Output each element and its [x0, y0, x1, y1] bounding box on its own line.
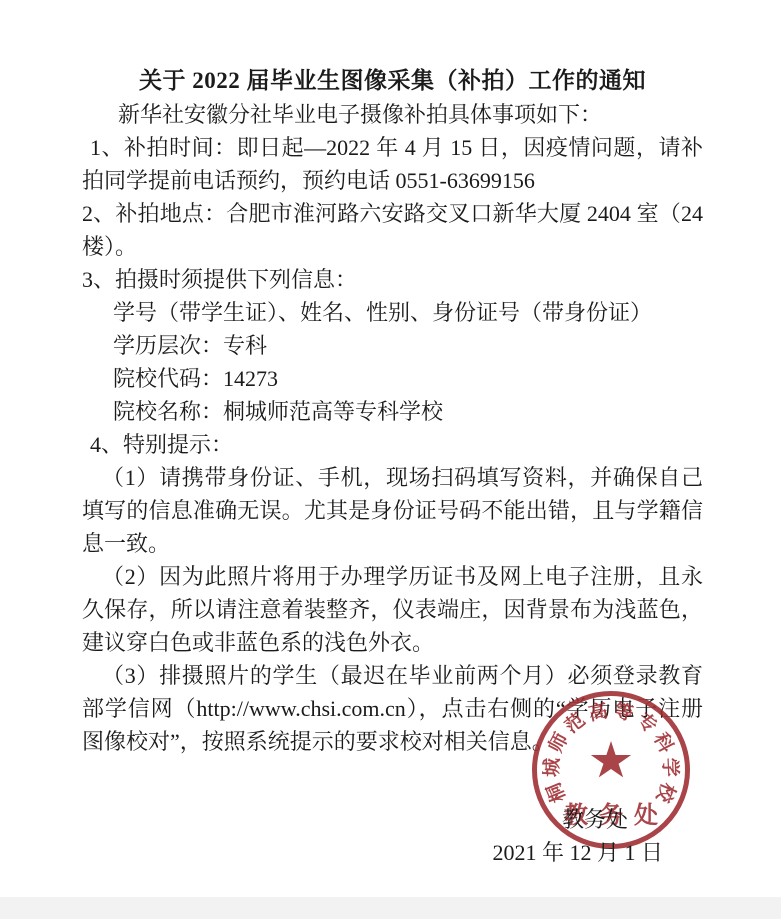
stamp-arc-char: 学: [657, 756, 680, 779]
notice-note-1: （1）请携带身份证、手机，现场扫码填写资料，并确保自己填写的信息准确无误。尤其是…: [82, 461, 703, 560]
page-break-area: [0, 897, 781, 919]
notice-note-2: （2）因为此照片将用于办理学历证书及网上电子注册，且永久保存，所以请注意着装整齐…: [82, 560, 703, 659]
notice-note-3: （3）排摄照片的学生（最迟在毕业前两个月）必须登录教育部学信网（http://w…: [82, 659, 703, 758]
info-line-degree-level: 学历层次：专科: [113, 329, 703, 362]
notice-intro: 新华社安徽分社毕业电子摄像补拍具体事项如下：: [82, 98, 703, 131]
notice-item-4: 4、特别提示：: [82, 428, 703, 461]
info-line-school-name: 院校名称：桐城师范高等专科学校: [113, 395, 703, 428]
notice-item-1: 1、补拍时间：即日起—2022 年 4 月 15 日，因疫情问题，请补拍同学提前…: [82, 131, 703, 197]
notice-item-2: 2、补拍地点：合肥市淮河路六安路交叉口新华大厦 2404 室（24 楼）。: [82, 197, 703, 263]
notice-title: 关于 2022 届毕业生图像采集（补拍）工作的通知: [82, 64, 703, 98]
stamp-arc-char: 城: [542, 756, 565, 779]
info-line-school-code: 院校代码：14273: [113, 362, 703, 395]
signature-date: 2021 年 12 月 1 日: [82, 836, 703, 869]
signature-department: 教务处: [82, 803, 703, 836]
signature-block: 教务处 2021 年 12 月 1 日: [82, 803, 703, 869]
info-line-student-id: 学号（带学生证）、姓名、性别、身份证号（带身份证）: [113, 296, 703, 329]
notice-item-3: 3、拍摄时须提供下列信息：: [82, 263, 703, 296]
document-page: 关于 2022 届毕业生图像采集（补拍）工作的通知 新华社安徽分社毕业电子摄像补…: [0, 0, 781, 897]
